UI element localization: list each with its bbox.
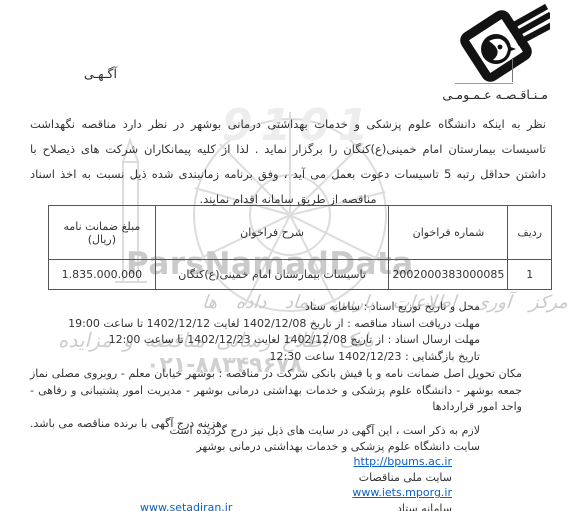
eagle-emblem-icon — [456, 2, 550, 84]
col-header-call-number: شماره فراخوان — [389, 206, 508, 260]
tender-type-title: مـنـاقـصـه عـمـومـی — [442, 87, 548, 102]
table-row: 1 2002000383000085 تاسیسات بیمارستان اما… — [49, 260, 552, 290]
setad-site-link[interactable]: www.setadiran.ir — [140, 501, 232, 511]
setad-system-label: سامانه ستاد — [30, 501, 452, 511]
delivery-location-line: مکان تحویل اصل ضمانت نامه و یا فیش بانکی… — [30, 366, 522, 416]
col-header-call-description: شرح فراخوان — [155, 206, 389, 260]
cell-guarantee-amount: 1.835.000.000 — [49, 260, 156, 290]
national-site-link-row: www.iets.mporg.ir — [30, 485, 452, 501]
intro-paragraph: نظر به اینکه دانشگاه علوم پزشکی و خدمات … — [30, 112, 546, 212]
col-header-guarantee-amount: مبلغ ضمانت نامه (ریال) — [49, 206, 156, 260]
national-site-link[interactable]: www.iets.mporg.ir — [352, 486, 452, 499]
sites-block: لازم به ذکر است ، این آگهی در سایت های ذ… — [30, 423, 480, 511]
notice-title: آگـهـی — [84, 66, 117, 81]
tender-table: ردیف شماره فراخوان شرح فراخوان مبلغ ضمان… — [48, 205, 552, 290]
tender-notice-page: 9101 ParsNamadData مرکز آوری اطلاعات پار… — [0, 0, 576, 511]
university-site-label: سایت دانشگاه علوم پزشکی و خدمات بهداشتی … — [30, 439, 480, 455]
agency-logo — [456, 2, 550, 88]
opening-date-line: تاریخ بازگشایی : 1402/12/23 ساعت 12:30 — [30, 349, 480, 366]
col-header-row-number: ردیف — [508, 206, 552, 260]
table-header-row: ردیف شماره فراخوان شرح فراخوان مبلغ ضمان… — [49, 206, 552, 260]
guarantee-header-line1: مبلغ ضمانت نامه — [52, 220, 152, 233]
documents-distribution-line: محل و تاریخ توزیع اسناد : سامانه ستاد — [30, 299, 480, 316]
logo-vertical-rule — [512, 58, 513, 82]
schedule-block: محل و تاریخ توزیع اسناد : سامانه ستاد مه… — [30, 299, 480, 433]
university-site-link[interactable]: http://bpums.ac.ir — [354, 455, 452, 468]
cell-call-description: تاسیسات بیمارستان امام خمینی(ع)کنگان — [155, 260, 389, 290]
receive-deadline-line: مهلت دریافت اسناد مناقصه : از تاریخ 1402… — [30, 316, 480, 333]
logo-underline-rule — [455, 83, 513, 84]
submit-deadline-line: مهلت ارسال اسناد : از تاریخ 1402/12/08 ل… — [30, 332, 480, 349]
guarantee-header-line2: (ریال) — [52, 233, 152, 246]
cell-row-number: 1 — [508, 260, 552, 290]
national-site-label: سایت ملی مناقصات — [30, 470, 452, 486]
university-site-link-row: http://bpums.ac.ir — [30, 454, 452, 470]
sites-note-line: لازم به ذکر است ، این آگهی در سایت های ذ… — [30, 423, 480, 439]
cell-call-number: 2002000383000085 — [389, 260, 508, 290]
